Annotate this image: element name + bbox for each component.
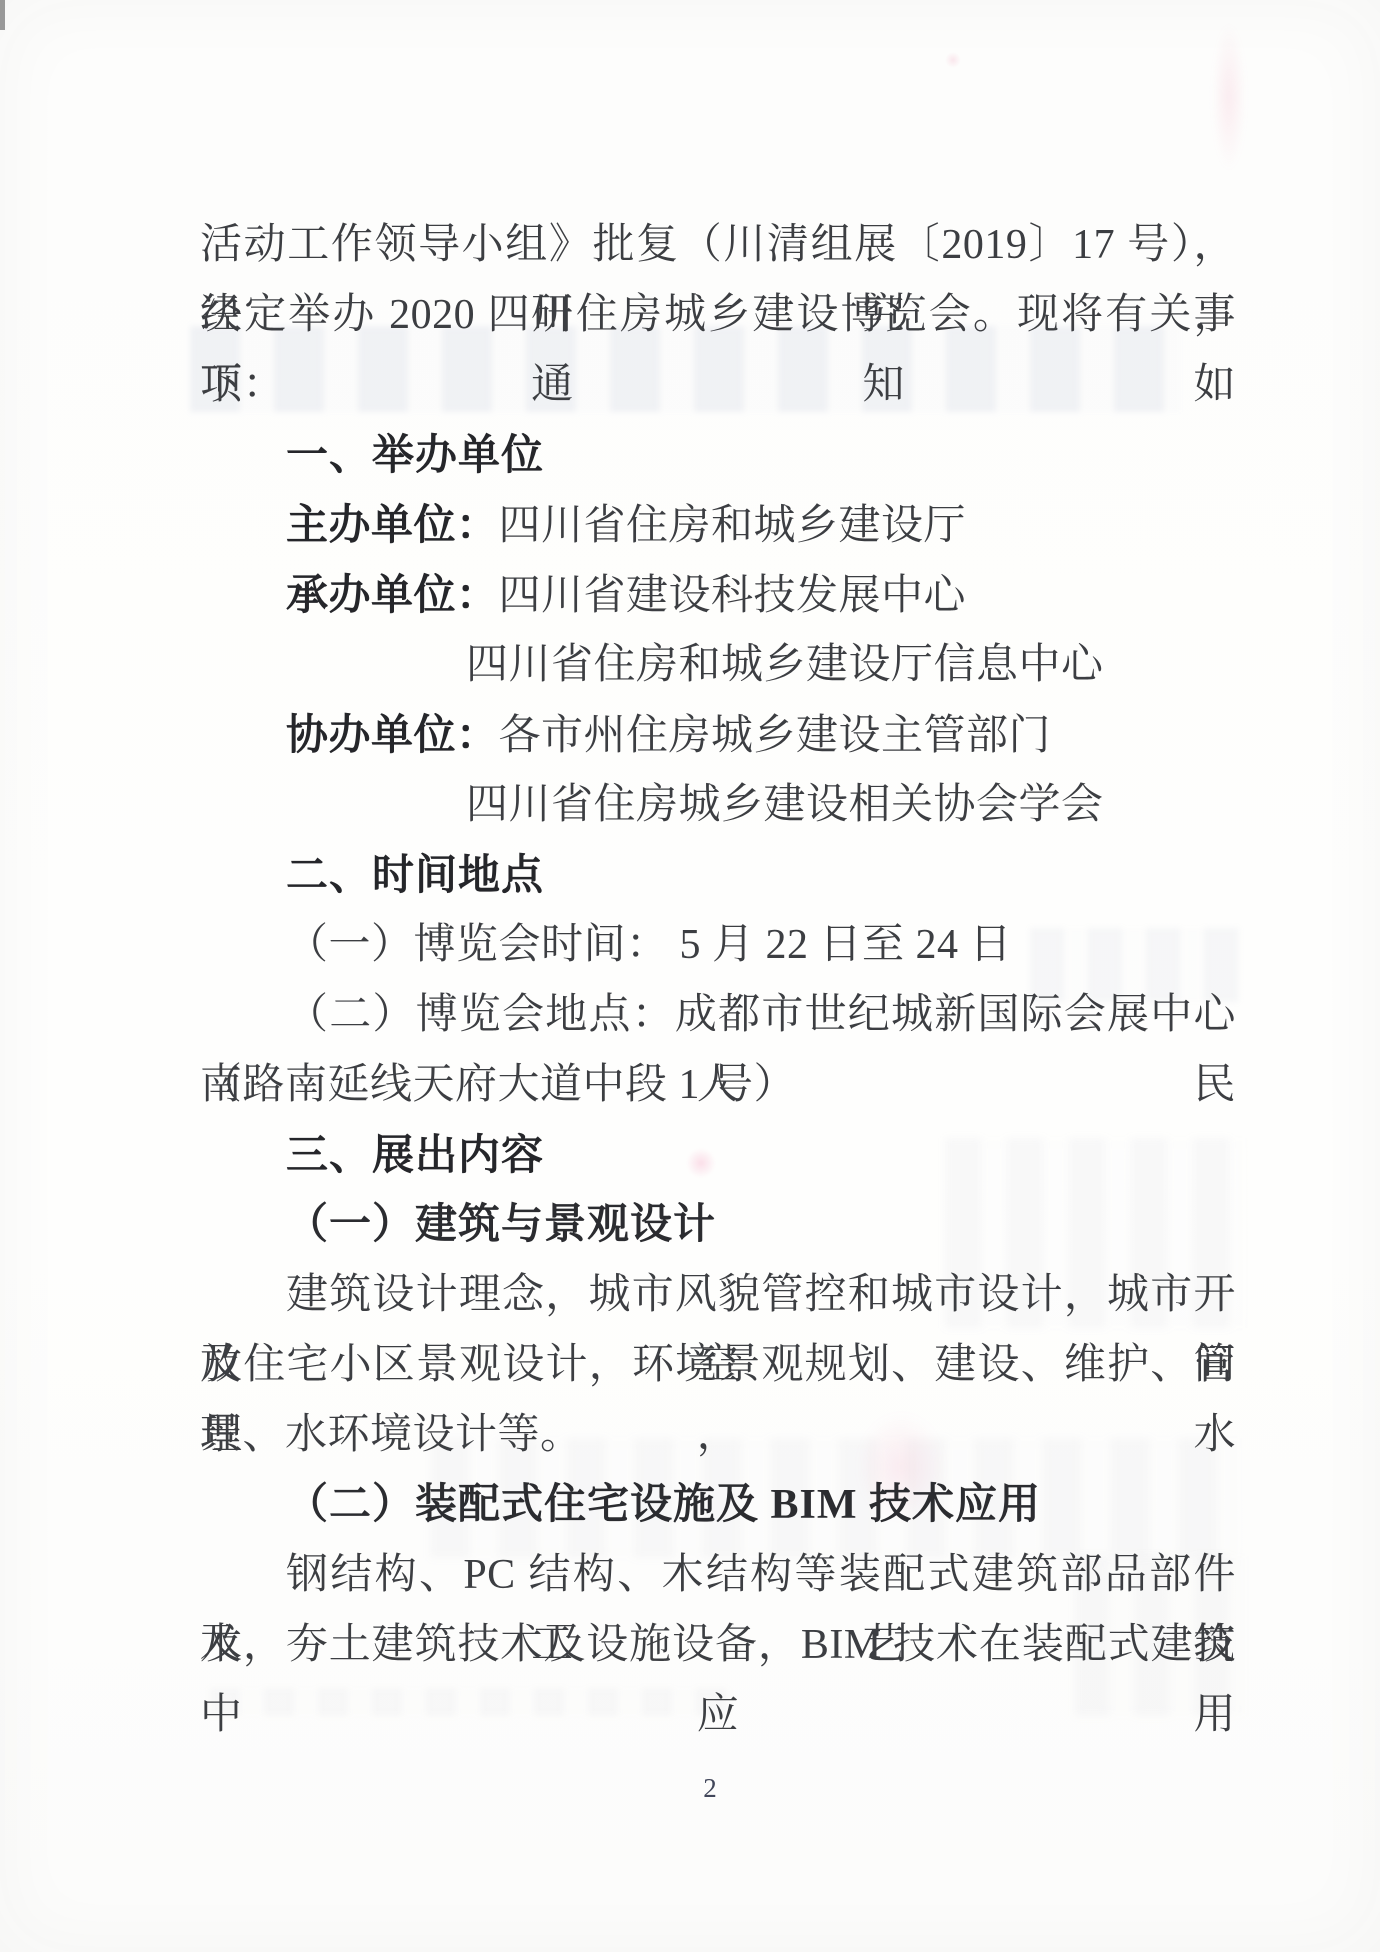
paragraph-line: 及住宅小区景观设计，环境景观规划、建设、维护、管理，水 — [200, 1330, 1236, 1400]
expo-venue-line-1: （二）博览会地点：成都市世纪城新国际会展中心（人民 — [200, 980, 1236, 1050]
pink-smudge-artifact — [945, 52, 961, 68]
organizer-unit-value-2: 四川省住房和城乡建设厅信息中心 — [466, 642, 1104, 688]
organizer-unit-value: 四川省建设科技发展中心 — [499, 573, 967, 619]
organizer-unit-line-2: 四川省住房和城乡建设厅信息中心 — [200, 630, 1236, 700]
section-heading-exhibits: 三、展出内容 — [200, 1120, 1236, 1190]
subsection-heading-landscape: （一）建筑与景观设计 — [200, 1190, 1236, 1260]
section-heading-organizers: 一、举办单位 — [200, 420, 1236, 490]
paragraph-line: 术，夯土建筑技术及设施设备，BIM 技术在装配式建筑中应用 — [200, 1610, 1236, 1680]
organizer-unit-label: 承办单位： — [286, 571, 499, 618]
subsection-heading-prefab-bim: （二）装配式住宅设施及 BIM 技术应用 — [200, 1470, 1236, 1540]
paragraph-line: 决定举办 2020 四川住房城乡建设博览会。现将有关事项通知如 — [200, 280, 1236, 350]
document-body: 活动工作领导小组》批复（川清组展〔2019〕17 号），经研究， 决定举办 20… — [200, 210, 1236, 1680]
page-number: 2 — [690, 1768, 730, 1808]
section-heading-time-place: 二、时间地点 — [200, 840, 1236, 910]
scanned-document-page: 活动工作领导小组》批复（川清组展〔2019〕17 号），经研究， 决定举办 20… — [0, 0, 1380, 1952]
expo-time-line: （一）博览会时间： 5 月 22 日至 24 日 — [200, 910, 1236, 980]
paragraph-line: 建筑设计理念，城市风貌管控和城市设计，城市开放空间 — [200, 1260, 1236, 1330]
host-unit-line: 主办单位：四川省住房和城乡建设厅 — [200, 490, 1236, 560]
organizer-unit-line: 承办单位：四川省建设科技发展中心 — [200, 560, 1236, 630]
coorganizer-unit-label: 协办单位： — [286, 711, 499, 758]
host-unit-label: 主办单位： — [286, 501, 499, 548]
host-unit-value: 四川省住房和城乡建设厅 — [499, 503, 967, 549]
coorganizer-unit-line: 协办单位：各市州住房城乡建设主管部门 — [200, 700, 1236, 770]
scan-edge-artifact — [0, 0, 5, 30]
coorganizer-unit-line-2: 四川省住房城乡建设相关协会学会 — [200, 770, 1236, 840]
paragraph-line: 活动工作领导小组》批复（川清组展〔2019〕17 号），经研究， — [200, 210, 1236, 280]
coorganizer-unit-value: 各市州住房城乡建设主管部门 — [499, 713, 1052, 759]
paragraph-line: 钢结构、PC 结构、木结构等装配式建筑部品部件及工艺技 — [200, 1540, 1236, 1610]
pink-smudge-artifact — [1212, 22, 1246, 172]
coorganizer-unit-value-2: 四川省住房城乡建设相关协会学会 — [466, 782, 1104, 828]
